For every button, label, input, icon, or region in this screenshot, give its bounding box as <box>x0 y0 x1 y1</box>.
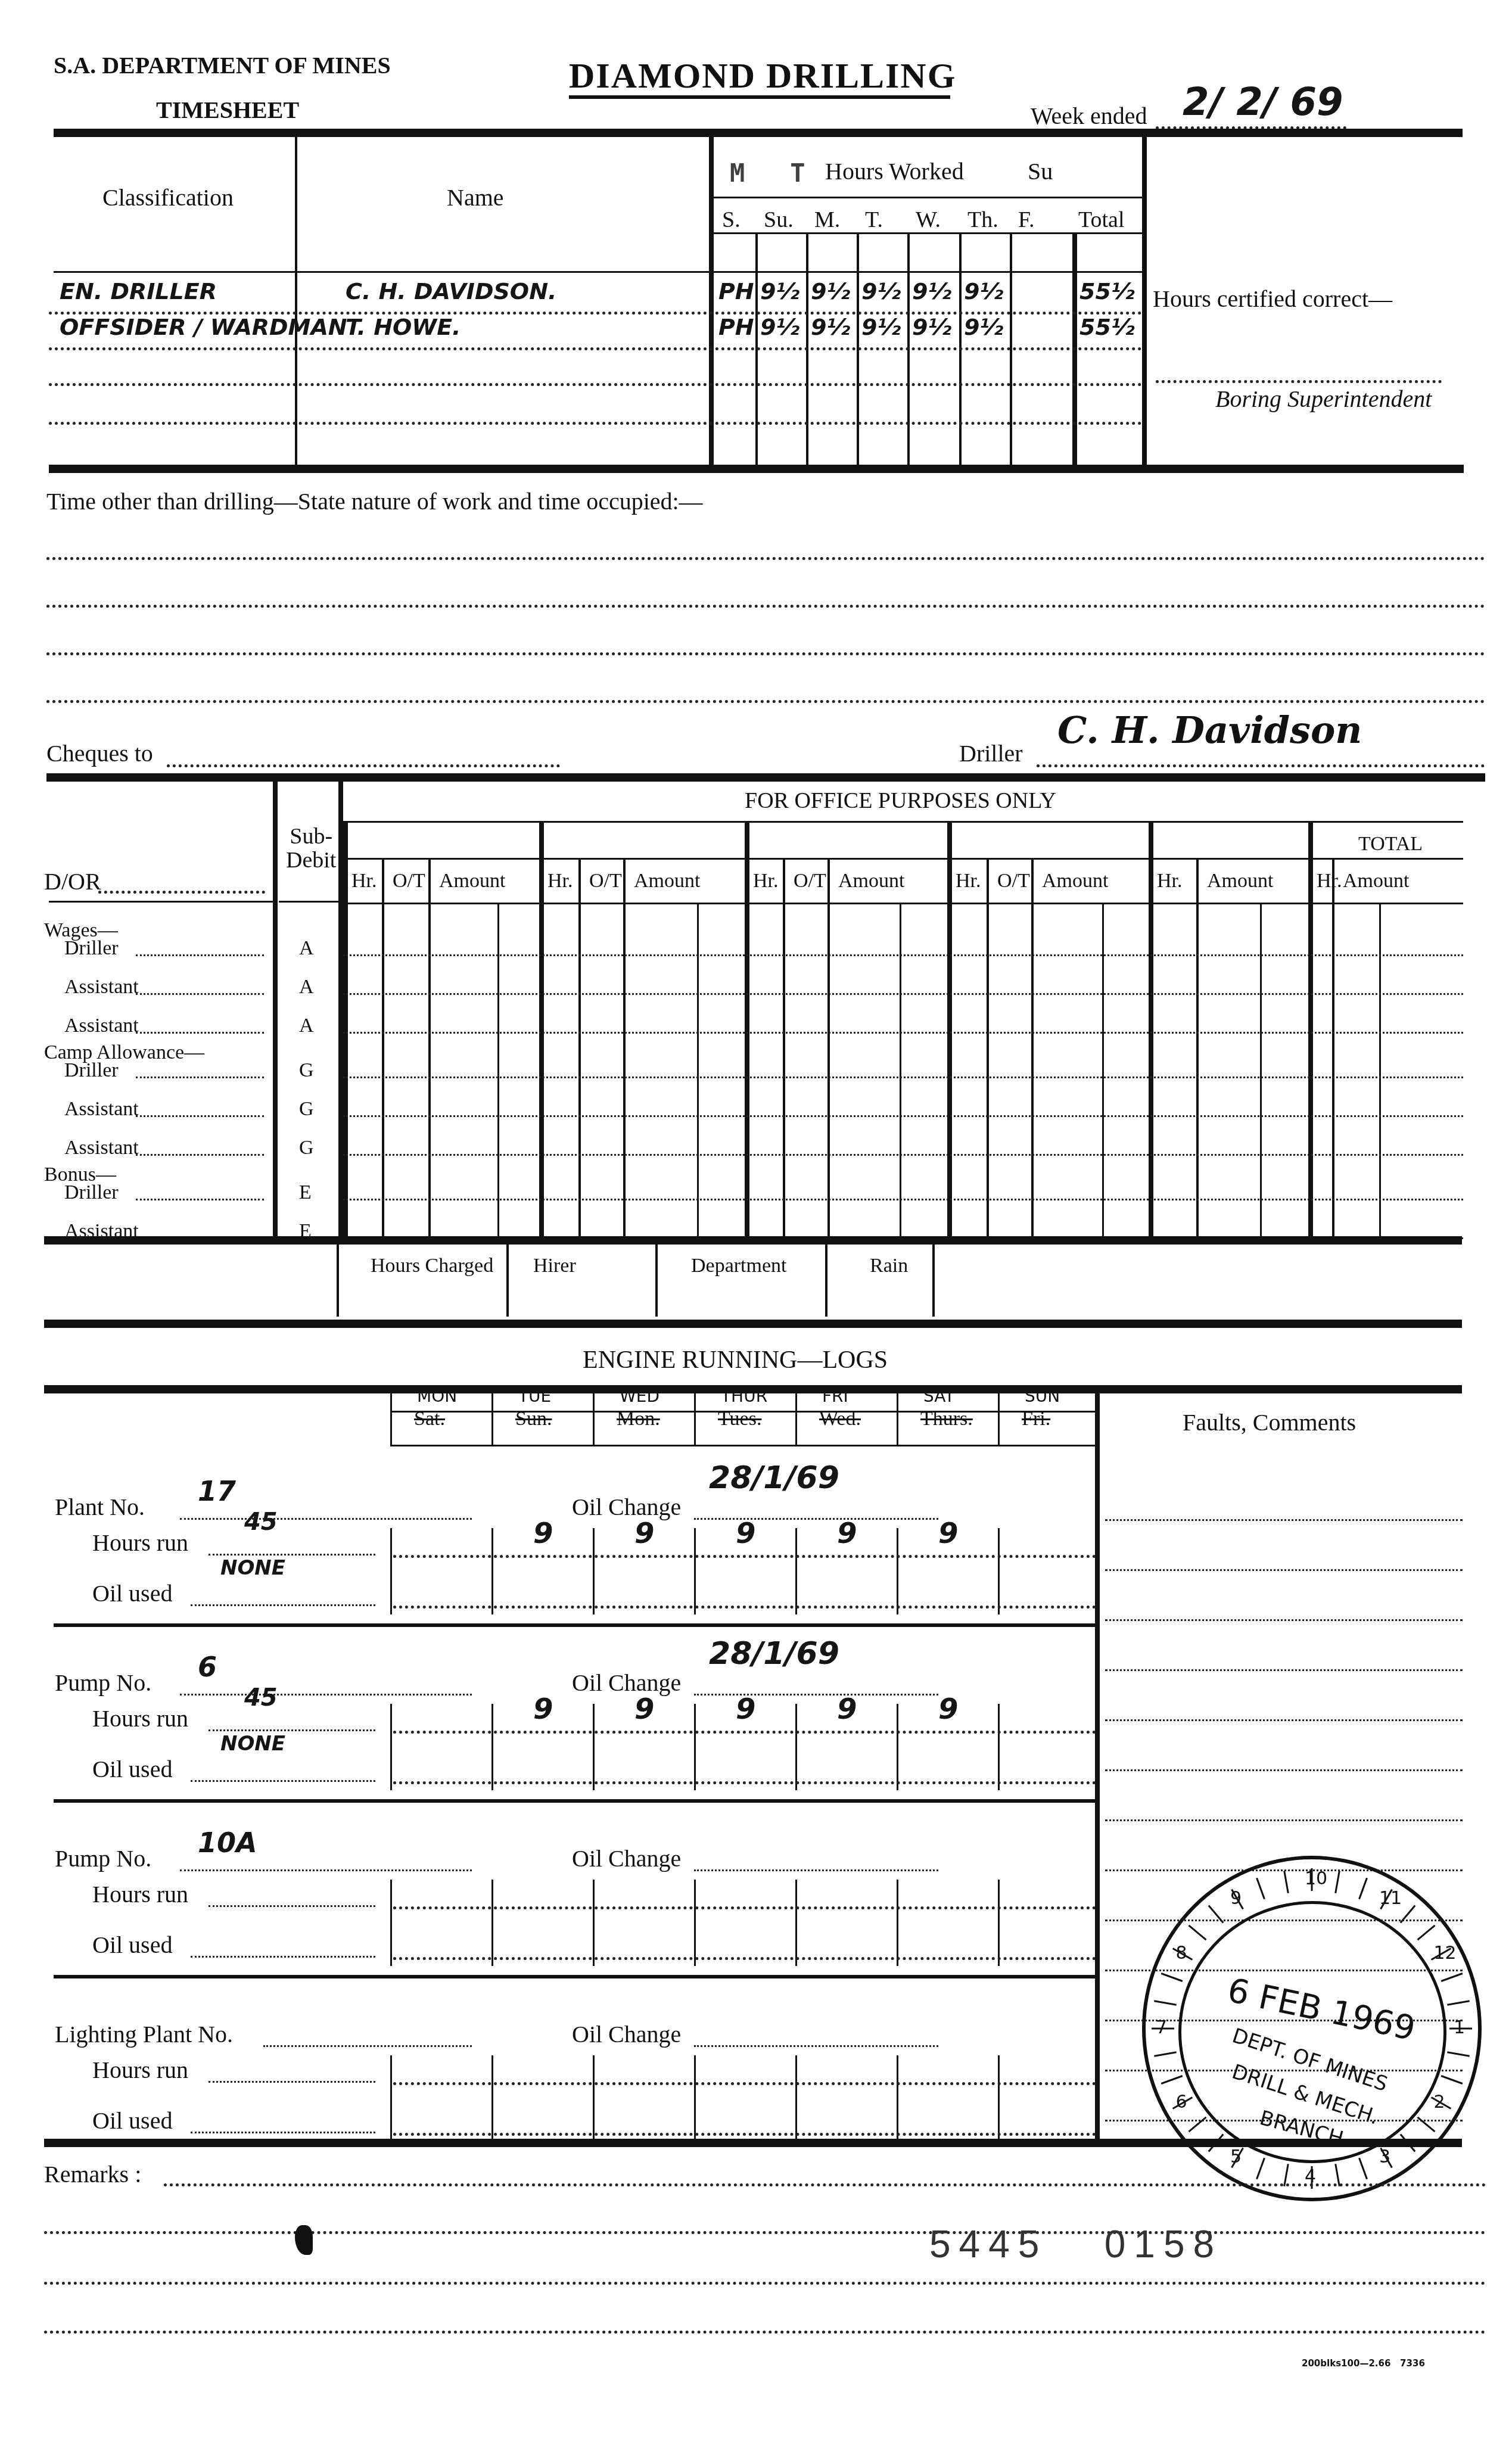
faults-line[interactable] <box>1105 1819 1463 1821</box>
oil-change-field[interactable] <box>694 1518 938 1520</box>
divider <box>593 1528 595 1614</box>
dial-tick <box>1311 1868 1313 1891</box>
section-label: Plant No. <box>55 1495 145 1519</box>
office-row-label: Assistant <box>64 977 139 997</box>
divider <box>709 137 714 465</box>
faults-line[interactable] <box>1105 1719 1463 1721</box>
section-number-field[interactable] <box>180 1518 472 1520</box>
divider <box>897 1528 898 1614</box>
d-or-field[interactable] <box>98 891 265 894</box>
section-rule <box>54 1623 1096 1627</box>
faults-line[interactable] <box>1105 1519 1463 1521</box>
day-top-thur: THUR <box>721 1388 767 1405</box>
oil-change-label: Oil Change <box>572 1495 681 1519</box>
divider <box>1102 903 1104 1236</box>
footer-col-hours-charged: Hours Charged <box>371 1256 493 1276</box>
divider <box>697 903 699 1236</box>
divider <box>593 1880 595 1966</box>
dial-tick <box>1441 1973 1463 1983</box>
oil-used-row-line <box>393 1957 1096 1960</box>
remarks-line-2[interactable] <box>44 2231 1486 2234</box>
hours-run-cell[interactable]: 9 <box>634 1695 654 1724</box>
divider <box>382 858 384 1236</box>
office-col-ot: O/T <box>997 871 1030 891</box>
divider <box>998 2055 1000 2142</box>
dial-tick <box>1417 2116 1435 2132</box>
hours-cell[interactable]: 9½ <box>912 316 951 338</box>
d-or-label: D/OR <box>44 870 101 894</box>
day-bottom-4: Wed. <box>819 1409 861 1429</box>
office-row-label: Assistant <box>64 1016 139 1036</box>
dial-tick <box>1358 2158 1368 2180</box>
dial-tick <box>1441 2075 1463 2085</box>
oil-used-total[interactable]: NONE <box>220 1558 285 1578</box>
form-name: TIMESHEET <box>156 98 299 122</box>
leader-dots <box>136 1032 264 1034</box>
office-row-line[interactable] <box>343 1032 1463 1034</box>
office-row-label: Assistant <box>64 1138 139 1158</box>
divider <box>694 1391 696 1445</box>
day-header-0: S. <box>722 209 741 231</box>
divider <box>795 1528 797 1614</box>
oil-change-field[interactable] <box>694 1694 938 1696</box>
oil-used-label: Oil used <box>92 1933 172 1957</box>
office-top-rule <box>46 773 1485 782</box>
oil-change-date[interactable]: 28/1/69 <box>709 1463 839 1494</box>
dial-tick <box>1256 1878 1266 1900</box>
hours-cell[interactable]: 9½ <box>861 316 901 338</box>
week-ended-label: Week ended <box>1031 104 1147 128</box>
sub-debit-code: G <box>299 1060 314 1081</box>
divider <box>694 1528 696 1614</box>
dial-tick <box>1152 2028 1174 2030</box>
leader-dots <box>191 1956 375 1958</box>
dial-tick <box>1208 2133 1224 2152</box>
day-top-tue: TUE <box>518 1388 551 1405</box>
total-header: TOTAL <box>1358 834 1423 854</box>
day-header-6: F. <box>1018 209 1035 231</box>
header-rule <box>54 129 1463 137</box>
classification-cell[interactable]: OFFSIDER / WARDMAN <box>60 316 347 338</box>
sub-debit-code: G <box>299 1138 314 1158</box>
divider <box>337 1242 339 1317</box>
oil-change-date[interactable]: 28/1/69 <box>709 1638 839 1669</box>
section-rule <box>54 1799 1096 1803</box>
divider <box>491 1391 493 1445</box>
hours-run-cell[interactable]: 9 <box>736 1695 755 1724</box>
divider <box>506 1242 509 1317</box>
dial-tick <box>1256 2158 1266 2180</box>
office-subheader-rule <box>343 858 1463 860</box>
title-underline <box>569 95 950 99</box>
oil-change-label: Oil Change <box>572 1847 681 1871</box>
driller-signature-line <box>1037 764 1485 767</box>
dial-tick <box>1154 2052 1177 2058</box>
footer-col-rain: Rain <box>870 1256 908 1276</box>
engine-logs-title: ENGINE RUNNING—LOGS <box>583 1348 888 1373</box>
divider <box>987 858 989 1236</box>
dial-number: 12 <box>1434 1945 1457 1962</box>
section-number-field[interactable] <box>263 2045 472 2047</box>
sub-debit-code: A <box>299 1016 314 1036</box>
day-bottom-5: Thurs. <box>920 1409 973 1429</box>
leader-dots <box>136 1115 264 1117</box>
hours-worked-separator <box>714 197 1143 198</box>
leader-dots <box>136 993 264 995</box>
remarks-line-1[interactable] <box>164 2183 1486 2186</box>
day-header-5: Th. <box>967 209 998 231</box>
oil-used-row-line <box>393 1781 1096 1784</box>
remarks-line-4[interactable] <box>44 2331 1486 2334</box>
office-row-label: Driller <box>64 938 119 959</box>
hours-run-label: Hours run <box>92 2058 188 2082</box>
divider <box>593 1704 595 1790</box>
section-number[interactable]: 17 <box>198 1477 236 1505</box>
office-footer-rule <box>44 1320 1462 1328</box>
dial-tick <box>1399 2133 1415 2152</box>
oil-change-field[interactable] <box>694 2045 938 2047</box>
divider <box>694 1880 696 1966</box>
divider <box>998 1880 1000 1966</box>
divider <box>783 858 785 1236</box>
dial-tick <box>1447 2052 1470 2058</box>
hours-cell[interactable]: 9½ <box>811 316 850 338</box>
day-bottom-3: Tues. <box>718 1409 761 1429</box>
oil-used-total[interactable]: NONE <box>220 1734 285 1754</box>
divider <box>694 1704 696 1790</box>
hours-worked-header: Hours Worked <box>825 160 964 183</box>
section-label: Pump No. <box>55 1671 151 1695</box>
day-header-separator <box>714 232 1143 234</box>
sub-debit-code: A <box>299 977 314 997</box>
week-ended-value[interactable]: 2/ 2/ 69 <box>1183 83 1343 122</box>
office-col-amount: Amount <box>1207 871 1273 891</box>
page-title: DIAMOND DRILLING <box>569 58 956 94</box>
classification-cell[interactable]: EN. DRILLER <box>60 280 217 303</box>
day-bottom-1: Sun. <box>515 1409 552 1429</box>
office-col-amount: Amount <box>1042 871 1108 891</box>
dial-tick <box>1283 1871 1289 1893</box>
divider <box>1142 137 1147 465</box>
office-col-hr: Hr. <box>351 871 377 891</box>
day-header-bottom <box>714 271 1143 273</box>
divider <box>795 1880 797 1966</box>
divider <box>745 821 749 1236</box>
cheques-to-label: Cheques to <box>46 742 153 766</box>
leader-dots <box>209 1729 375 1731</box>
serial-number: 5445 0158 <box>929 2225 1222 2263</box>
office-heading: FOR OFFICE PURPOSES ONLY <box>745 789 1056 812</box>
divider <box>1308 821 1313 1236</box>
sub-debit-code: A <box>299 938 314 959</box>
hours-cell[interactable]: 9½ <box>811 280 850 303</box>
day-top-sat: SAT <box>923 1388 954 1405</box>
oil-used-row-line <box>393 1606 1096 1609</box>
dial-tick <box>1399 1905 1415 1924</box>
office-row-line[interactable] <box>343 954 1463 956</box>
name-cell[interactable]: T. HOWE. <box>346 316 461 338</box>
superintendent-label: Boring Superintendent <box>1215 387 1432 411</box>
sub-debit-label: Sub-Debit <box>286 825 336 873</box>
oil-used-label: Oil used <box>92 2109 172 2133</box>
leader-dots <box>136 954 264 956</box>
name-cell[interactable]: C. H. DAVIDSON. <box>346 280 556 303</box>
section-number-field[interactable] <box>180 1869 472 1871</box>
dial-tick <box>1161 1973 1183 1983</box>
hours-run-label: Hours run <box>92 1531 188 1555</box>
day-header-4: W. <box>916 209 941 231</box>
office-col-amount: Amount <box>838 871 904 891</box>
dial-tick <box>1358 1878 1368 1900</box>
faults-line[interactable] <box>1105 1569 1463 1571</box>
divider <box>998 1528 1000 1614</box>
hours-table-bottom-rule <box>49 465 1464 473</box>
hours-run-label: Hours run <box>92 1707 188 1731</box>
row-dotted-line <box>49 347 1142 350</box>
divider <box>390 2055 392 2142</box>
oil-used-label: Oil used <box>92 1757 172 1781</box>
day-top-wed: WED <box>620 1388 659 1405</box>
divider <box>795 1704 797 1790</box>
leader-dots <box>209 2081 375 2083</box>
received-date-stamp: 891011121234567 6 FEB 1969 DEPT. OF MINE… <box>1142 1856 1482 2201</box>
office-col-hr: Hr. <box>1157 871 1183 891</box>
total-cell[interactable]: 55½ <box>1079 280 1134 303</box>
dial-tick <box>1189 1925 1207 1941</box>
hours-run-row-line <box>393 1906 1096 1909</box>
day-bottom-0: Sat. <box>414 1409 445 1429</box>
remarks-line-3[interactable] <box>44 2282 1486 2285</box>
hours-run-row-line <box>393 1555 1096 1558</box>
hours-run-cell[interactable]: 9 <box>837 1519 857 1548</box>
day-top-sun: SUN <box>1025 1388 1060 1405</box>
office-col-ot: O/T <box>589 871 622 891</box>
divider <box>491 2055 493 2142</box>
office-bottom-rule <box>44 1236 1462 1245</box>
other-time-line-2[interactable] <box>46 605 1485 608</box>
divider <box>795 1391 797 1445</box>
hours-run-row-line <box>393 2082 1096 2085</box>
hours-run-cell[interactable]: 9 <box>938 1695 958 1724</box>
divider <box>593 1391 595 1445</box>
hours-run-cell[interactable]: 9 <box>533 1695 553 1724</box>
row-dotted-line <box>49 383 1142 386</box>
divider <box>390 1704 392 1790</box>
other-time-line-3[interactable] <box>46 652 1485 655</box>
office-row-label: Assistant <box>64 1099 139 1119</box>
hours-cell[interactable]: 9½ <box>964 316 1003 338</box>
dial-number: 10 <box>1305 1870 1327 1888</box>
oil-change-label: Oil Change <box>572 2023 681 2046</box>
other-time-line-1[interactable] <box>46 557 1485 560</box>
hours-run-cell[interactable]: 9 <box>736 1519 755 1548</box>
hours-cell[interactable]: 9½ <box>760 316 799 338</box>
office-row-line[interactable] <box>343 1115 1463 1117</box>
section-label: Lighting Plant No. <box>55 2023 233 2046</box>
section-number[interactable]: 6 <box>198 1653 217 1681</box>
classification-header: Classification <box>102 186 234 210</box>
divider <box>1149 821 1153 1236</box>
divider <box>998 1704 1000 1790</box>
hours-run-row-line <box>393 1731 1096 1734</box>
oil-used-row-line <box>393 2133 1096 2136</box>
dial-tick <box>1189 2116 1207 2132</box>
leader-dots <box>136 1077 264 1078</box>
divider <box>947 821 952 1236</box>
dial-tick <box>1449 2028 1472 2030</box>
office-row-line[interactable] <box>343 993 1463 995</box>
su-overprint: Su <box>1028 160 1053 183</box>
hours-run-cell[interactable]: 9 <box>634 1519 654 1548</box>
divider <box>897 1704 898 1790</box>
divider <box>1095 1391 1100 2142</box>
office-col-amount: Amount <box>634 871 700 891</box>
leader-dots <box>209 1905 375 1907</box>
subdebit-separator <box>279 901 338 903</box>
divider <box>390 1528 392 1614</box>
cheques-to-field[interactable] <box>167 764 560 767</box>
divider <box>491 1880 493 1966</box>
day-header-2: M. <box>814 209 840 231</box>
hours-cell[interactable]: 9½ <box>861 280 901 303</box>
divider <box>390 1391 392 1445</box>
oil-change-field[interactable] <box>694 1869 938 1871</box>
office-col-ot: O/T <box>794 871 826 891</box>
day-header-bottom <box>390 1445 1096 1446</box>
divider <box>1196 858 1199 1236</box>
section-rule <box>54 1975 1096 1978</box>
hours-cell[interactable]: PH <box>718 280 754 303</box>
driller-label: Driller <box>959 742 1023 766</box>
divider <box>295 137 297 465</box>
dial-tick <box>1447 2000 1470 2006</box>
divider <box>578 858 581 1236</box>
section-number[interactable]: 10A <box>198 1829 257 1856</box>
hours-run-label: Hours run <box>92 1883 188 1906</box>
header-separator <box>54 271 709 273</box>
dor-separator <box>49 901 274 903</box>
divider <box>497 903 499 1236</box>
superintendent-signature-line[interactable] <box>1156 380 1442 383</box>
divider <box>1031 858 1034 1236</box>
divider <box>539 821 544 1236</box>
footer-col-hirer: Hirer <box>533 1256 576 1276</box>
office-row-line[interactable] <box>343 1077 1463 1078</box>
office-col-hr: Hr. <box>753 871 779 891</box>
print-code: 200blks100—2.66 7336 <box>1302 2359 1425 2368</box>
section-label: Pump No. <box>55 1847 151 1871</box>
divider <box>1379 903 1381 1236</box>
day-header-3: T. <box>865 209 883 231</box>
oil-used-label: Oil used <box>92 1582 172 1606</box>
hours-worked-overprint: M T <box>730 161 805 186</box>
hours-run-total[interactable]: 45 <box>244 1510 278 1534</box>
divider <box>428 858 431 1236</box>
day-bottom-2: Mon. <box>617 1409 660 1429</box>
divider <box>897 1391 898 1445</box>
divider <box>900 903 901 1236</box>
section-number-field[interactable] <box>180 1694 472 1696</box>
ink-mark <box>295 2225 313 2255</box>
divider <box>491 1528 493 1614</box>
day-header-1: Su. <box>764 209 794 231</box>
leader-dots <box>209 1554 375 1556</box>
total-cell[interactable]: 55½ <box>1079 316 1134 338</box>
hours-run-cell[interactable]: 9 <box>533 1519 553 1548</box>
department-name: S.A. DEPARTMENT OF MINES <box>54 54 391 77</box>
divider <box>1332 858 1334 1236</box>
hours-run-total[interactable]: 45 <box>244 1686 278 1710</box>
dial-tick <box>1335 1871 1341 1893</box>
sub-debit-code: E <box>299 1183 312 1203</box>
divider <box>343 821 348 1236</box>
divider <box>1260 903 1262 1236</box>
divider <box>623 858 626 1236</box>
divider <box>998 1391 1000 1445</box>
total-header: Total <box>1078 209 1125 231</box>
day-bottom-6: Fri. <box>1022 1409 1050 1429</box>
divider <box>593 2055 595 2142</box>
leader-dots <box>191 1780 375 1782</box>
office-col-hr: Hr. <box>547 871 573 891</box>
row-dotted-line <box>49 422 1142 425</box>
hours-run-cell[interactable]: 9 <box>837 1695 857 1724</box>
office-row-line[interactable] <box>343 1154 1463 1156</box>
office-row-label: Driller <box>64 1183 119 1203</box>
divider <box>795 2055 797 2142</box>
office-header-bottom <box>343 903 1463 904</box>
office-group-rule <box>343 821 1463 823</box>
hours-cell[interactable]: PH <box>718 316 754 338</box>
divider <box>338 780 343 1239</box>
day-top-mon: MON <box>417 1388 457 1405</box>
other-time-label: Time other than drilling—State nature of… <box>46 490 703 514</box>
faults-line[interactable] <box>1105 1769 1463 1771</box>
divider <box>897 2055 898 2142</box>
footer-col-department: Department <box>691 1256 787 1276</box>
faults-line[interactable] <box>1105 1619 1463 1621</box>
faults-comments-label: Faults, Comments <box>1183 1411 1356 1435</box>
divider <box>694 2055 696 2142</box>
driller-signature[interactable]: C. H. Davidson <box>1057 712 1362 749</box>
hours-cell[interactable]: 9½ <box>912 280 951 303</box>
leader-dots <box>191 2132 375 2133</box>
leader-dots <box>191 1604 375 1606</box>
office-row-line[interactable] <box>343 1199 1463 1200</box>
hours-cell[interactable]: 9½ <box>964 280 1003 303</box>
other-time-line-4[interactable] <box>46 700 1485 703</box>
divider <box>825 1242 827 1317</box>
sub-debit-code: G <box>299 1099 314 1119</box>
faults-line[interactable] <box>1105 1669 1463 1671</box>
office-row-label: Driller <box>64 1060 119 1081</box>
leader-dots <box>136 1199 264 1200</box>
divider <box>390 1880 392 1966</box>
divider <box>491 1704 493 1790</box>
office-col-ot: O/T <box>393 871 425 891</box>
name-header: Name <box>447 186 504 210</box>
dial-tick <box>1208 1905 1224 1924</box>
certified-label: Hours certified correct— <box>1153 287 1392 311</box>
hours-cell[interactable]: 9½ <box>760 280 799 303</box>
day-top-fri: FRI <box>822 1388 848 1405</box>
dial-tick <box>1417 1925 1435 1941</box>
leader-dots <box>136 1154 264 1156</box>
oil-change-label: Oil Change <box>572 1671 681 1695</box>
office-col-amount: Amount <box>439 871 505 891</box>
divider <box>655 1242 658 1317</box>
hours-run-cell[interactable]: 9 <box>938 1519 958 1548</box>
